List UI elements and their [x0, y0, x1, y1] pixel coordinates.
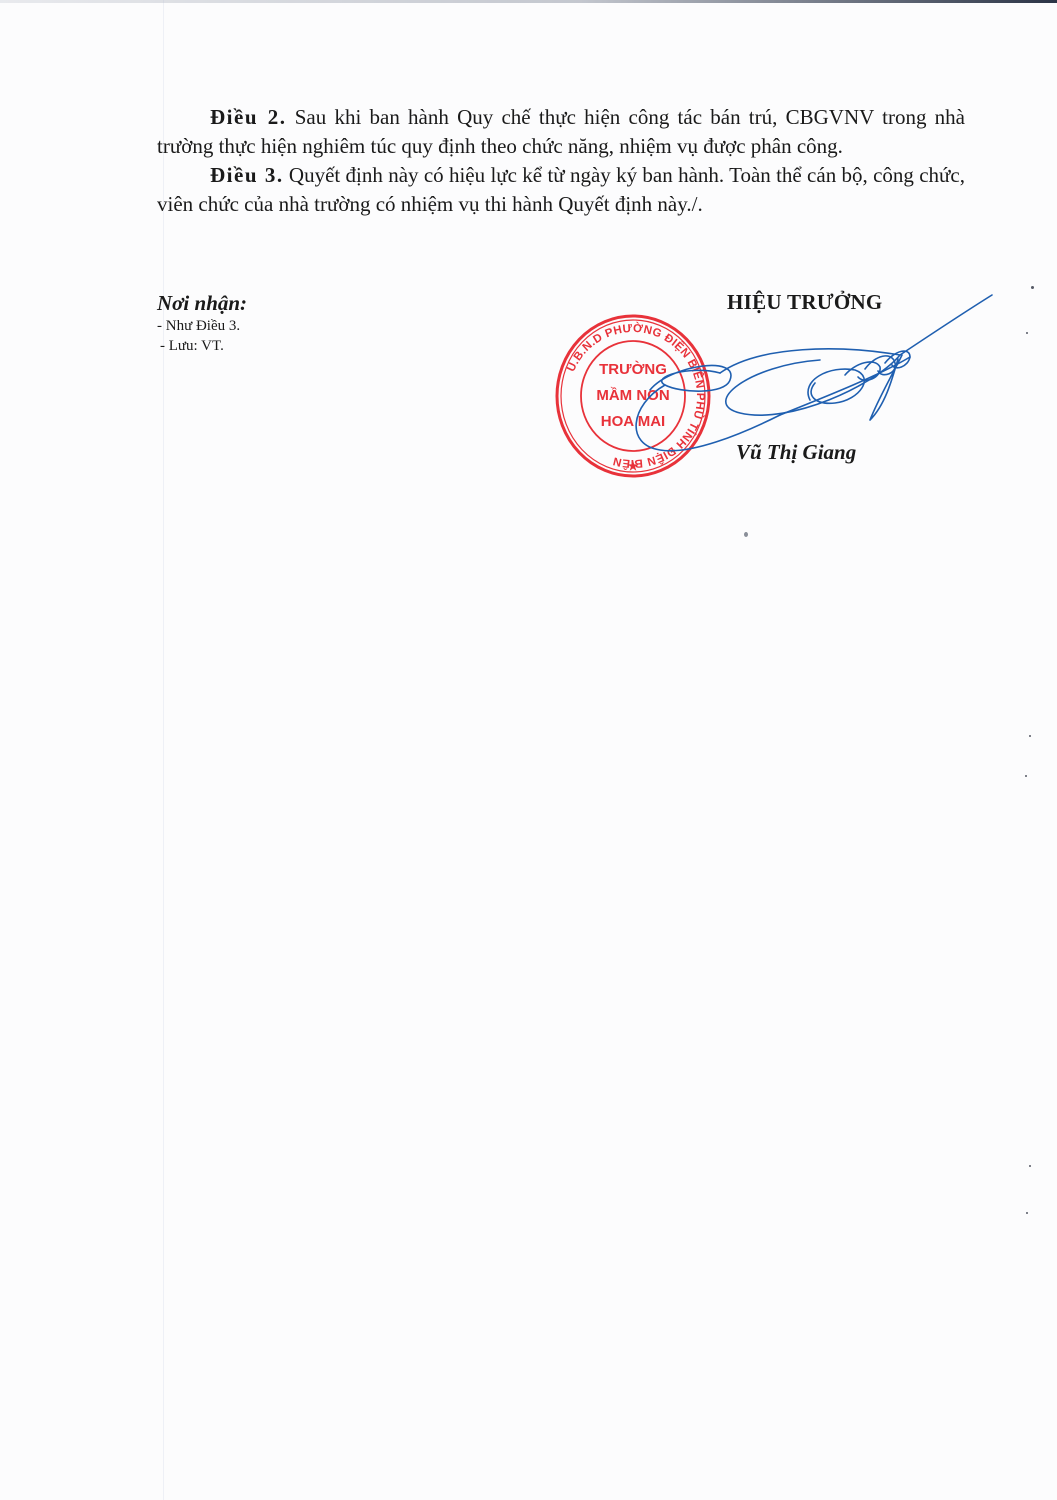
- scan-speck: [1026, 1212, 1028, 1214]
- document-body: Điều 2. Sau khi ban hành Quy chế thực hi…: [157, 103, 965, 219]
- scan-edge-artifact: [0, 0, 1057, 3]
- recipients-block: Nơi nhận: - Như Điều 3. - Lưu: VT.: [157, 290, 457, 356]
- scan-speck: [1025, 775, 1027, 777]
- recipients-title: Nơi nhận:: [157, 290, 457, 316]
- document-page: Điều 2. Sau khi ban hành Quy chế thực hi…: [0, 0, 1057, 1500]
- signer-name: Vũ Thị Giang: [736, 440, 856, 465]
- scan-speck: [1029, 735, 1031, 737]
- scan-speck: [1029, 1165, 1031, 1167]
- scan-speck: [744, 532, 748, 537]
- scan-line-artifact: [163, 0, 164, 1500]
- scan-speck: [1031, 286, 1034, 289]
- recipient-item: - Như Điều 3.: [157, 316, 457, 336]
- recipient-item: - Lưu: VT.: [157, 336, 457, 356]
- article-3-label: Điều 3.: [210, 163, 284, 187]
- scan-speck: [1026, 332, 1028, 334]
- article-3: Điều 3. Quyết định này có hiệu lực kể từ…: [157, 161, 965, 219]
- handwritten-signature: [630, 285, 1000, 465]
- article-2-label: Điều 2.: [210, 105, 286, 129]
- article-2: Điều 2. Sau khi ban hành Quy chế thực hi…: [157, 103, 965, 161]
